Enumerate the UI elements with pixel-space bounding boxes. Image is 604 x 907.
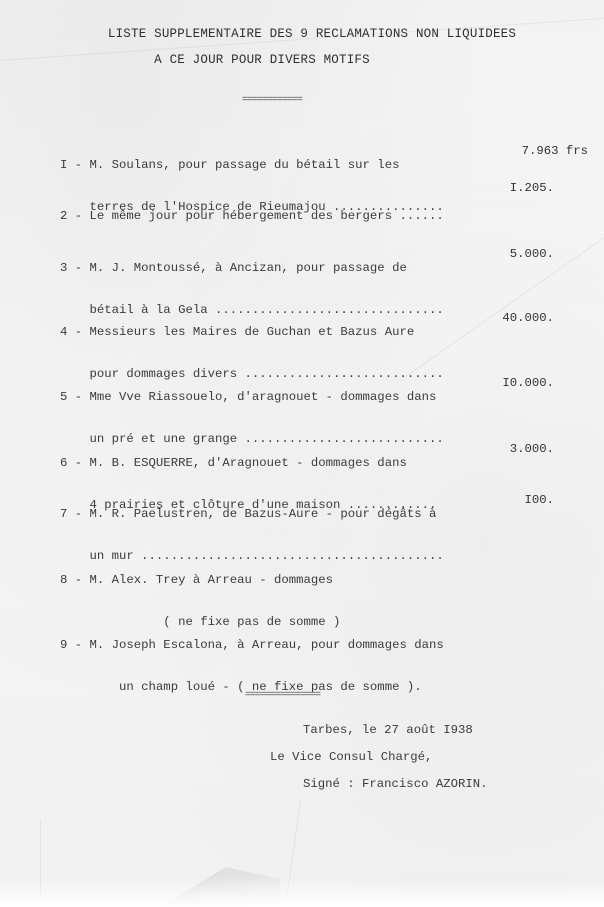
signature-place-date: Tarbes, le 27 août I938 bbox=[303, 723, 473, 737]
claim-line1: 5 - Mme Vve Riassouelo, d'aragnouet - do… bbox=[60, 390, 580, 404]
claim-line1: 3 - M. J. Montoussé, à Ancizan, pour pas… bbox=[60, 261, 580, 275]
document-title-line2: A CE JOUR POUR DIVERS MOTIFS bbox=[0, 53, 564, 67]
claim-line1: 4 - Messieurs les Maires de Guchan et Ba… bbox=[60, 325, 580, 339]
claim-amount: 7.963 frs bbox=[522, 144, 588, 158]
document-title-line1: LISTE SUPPLEMENTAIRE DES 9 RECLAMATIONS … bbox=[10, 27, 604, 41]
separator-bottom: =============== bbox=[245, 690, 320, 701]
claim-line1: I - M. Soulans, pour passage du bétail s… bbox=[60, 158, 580, 172]
paper-torn-edge bbox=[0, 877, 604, 907]
claim-line1: 9 - M. Joseph Escalona, à Arreau, pour d… bbox=[60, 638, 580, 652]
claim-amount: I00. bbox=[524, 493, 554, 507]
claim-line1: 7 - M. R. Paelustren, de Bazus-Aure - po… bbox=[60, 507, 580, 521]
claim-line1: 6 - M. B. ESQUERRE, d'Aragnouet - dommag… bbox=[60, 456, 580, 470]
claim-amount: 40.000. bbox=[502, 311, 554, 325]
claim-amount: I.205. bbox=[510, 181, 554, 195]
signature-role: Le Vice Consul Chargé, bbox=[270, 750, 432, 764]
claim-amount: 3.000. bbox=[510, 442, 554, 456]
claim-amount: 5.000. bbox=[510, 247, 554, 261]
signature-signed: Signé : Francisco AZORIN. bbox=[303, 777, 487, 791]
claim-amount: I0.000. bbox=[502, 376, 554, 390]
separator-top: ============ bbox=[242, 95, 302, 106]
claim-line1: 8 - M. Alex. Trey à Arreau - dommages bbox=[60, 573, 580, 587]
claim-line1: 2 - Le même jour pour hébergement des be… bbox=[60, 209, 580, 223]
